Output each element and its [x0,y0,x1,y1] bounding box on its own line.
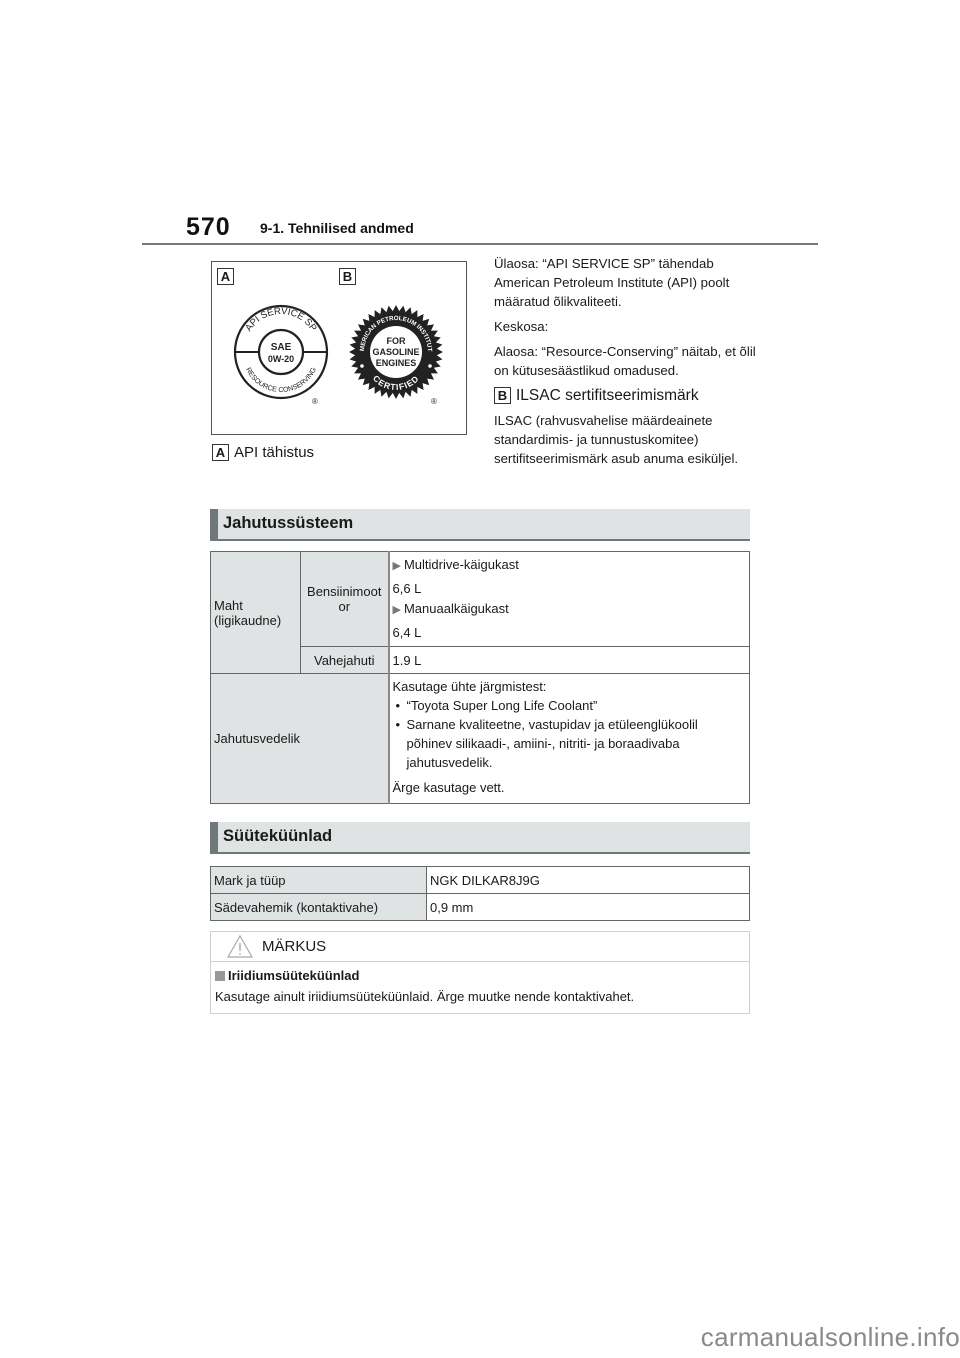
table-row: Jahutusvedelik Kasutage ühte järgmistest… [211,674,750,804]
manual-label: Manuaalkäigukast [404,601,509,616]
svg-text:®: ® [431,397,437,405]
oil-symbols-figure: A B API SERVICE SP RESOURCE CONSERVING S… [211,261,467,435]
svg-text:SAE: SAE [271,342,292,353]
coolant-label: Jahutusvedelik [211,674,389,804]
coolant-option: Sarnane kvaliteetne, vastupidav ja etüle… [393,715,747,772]
svg-text:0W-20: 0W-20 [268,354,294,364]
coolant-options: “Toyota Super Long Life Coolant” Sarnane… [393,696,747,772]
notice-body: Iriidiumsüüteküünlad Kasutage ainult iri… [211,962,749,1013]
header-divider [142,243,818,245]
brand-type-label: Mark ja tüüp [211,867,427,894]
notice-text: Kasutage ainult iriidiumsüüteküünlaid. Ä… [215,986,745,1007]
multidrive-label: Multidrive-käigukast [404,557,519,572]
caption-text-a: API tähistus [234,444,314,461]
engine-label: Bensiinimoot or [301,552,389,647]
watermark: carmanualsonline.info [701,1322,960,1353]
ilsac-heading: BILSAC sertifitseerimismärk [494,386,756,405]
figure-tag-b: B [339,268,356,285]
middle-part-description: Keskosa: [494,317,756,336]
svg-text:®: ® [312,397,318,405]
top-part-description: Ülaosa: “API SERVICE SP” tähendab Americ… [494,254,756,311]
cooling-system-table: Maht (ligikaudne) Bensiinimoot or ▶Multi… [210,551,750,804]
section-title: 9-1. Tehnilised andmed [260,220,414,236]
coolant-value: Kasutage ühte järgmistest: “Toyota Super… [389,674,750,804]
table-row: Maht (ligikaudne) Bensiinimoot or ▶Multi… [211,552,750,647]
triangle-bullet-icon: ▶ [393,560,401,572]
table-row: Sädevahemik (kontaktivahe) 0,9 mm [211,894,750,921]
heading-tag-b: B [494,387,511,404]
table-row: Mark ja tüüp NGK DILKAR8J9G [211,867,750,894]
intercooler-label: Vahejahuti [301,647,389,674]
ilsac-starburst-icon: AMERICAN PETROLEUM INSTITUTE CERTIFIED F… [346,300,446,405]
notice-subheading: Iriidiumsüüteküünlad [215,965,745,986]
notice-header: MÄRKUS [211,932,749,962]
caption-tag-a: A [212,444,229,461]
capacity-label: Maht (ligikaudne) [211,552,301,674]
coolant-note: Ärge kasutage vett. [393,778,747,797]
coolant-option: “Toyota Super Long Life Coolant” [393,696,747,715]
spark-plugs-table: Mark ja tüüp NGK DILKAR8J9G Sädevahemik … [210,866,750,921]
symbol-description: Ülaosa: “API SERVICE SP” tähendab Americ… [494,254,756,474]
notice-title: MÄRKUS [262,938,326,955]
svg-text:ENGINES: ENGINES [376,358,417,368]
gap-label: Sädevahemik (kontaktivahe) [211,894,427,921]
cooling-system-heading: Jahutussüsteem [210,509,750,541]
page-number: 570 [186,213,231,242]
bottom-part-description: Alaosa: “Resource-Conserving” näitab, et… [494,342,756,380]
manual-value: 6,4 L [393,623,747,643]
figure-caption-a: AAPI tähistus [212,444,314,461]
brand-type-value: NGK DILKAR8J9G [427,867,750,894]
spark-plugs-heading: Süüteküünlad [210,822,750,854]
ilsac-heading-text: ILSAC sertifitseerimismärk [516,387,699,404]
multidrive-value: 6,6 L [393,579,747,599]
triangle-bullet-icon: ▶ [393,604,401,616]
ilsac-description: ILSAC (rahvusvahelise määrdeainete stand… [494,411,756,468]
coolant-intro: Kasutage ühte järgmistest: [393,677,747,696]
square-bullet-icon [215,971,225,981]
svg-text:FOR: FOR [387,336,406,346]
notice-box: MÄRKUS Iriidiumsüüteküünlad Kasutage ain… [210,931,750,1014]
figure-tag-a: A [217,268,234,285]
gap-value: 0,9 mm [427,894,750,921]
warning-triangle-icon [227,935,253,958]
intercooler-value: 1.9 L [389,647,750,674]
api-service-symbol-icon: API SERVICE SP RESOURCE CONSERVING SAE 0… [231,300,331,405]
engine-capacity-values: ▶Multidrive-käigukast 6,6 L ▶Manuaalkäig… [389,552,750,647]
svg-text:GASOLINE: GASOLINE [372,347,419,357]
